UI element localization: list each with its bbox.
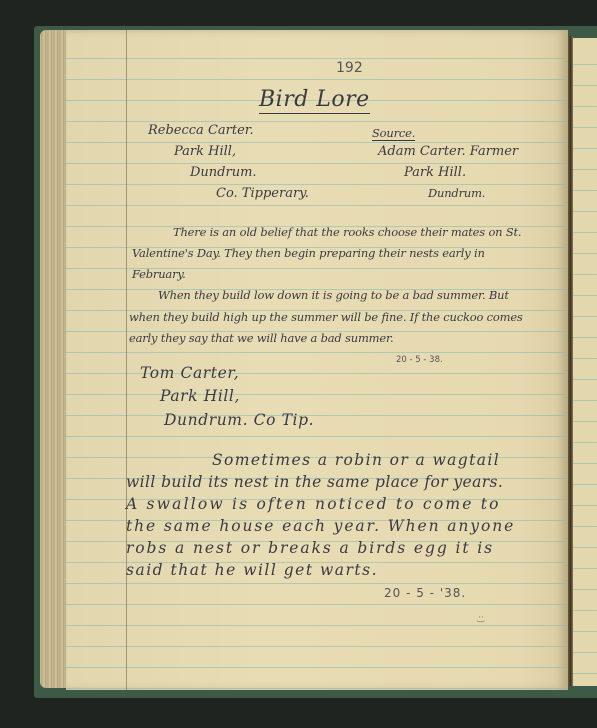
body-line: when they build high up the summer will … — [129, 307, 523, 328]
body-line: Valentine's Day. They then begin prepari… — [132, 243, 485, 264]
pencil-mark: ·͜· — [478, 608, 484, 629]
body-line: robs a nest or breaks a birds egg it is — [126, 538, 494, 559]
entry2-date: 20 - 5 - '38. — [384, 583, 466, 604]
body-line: February. — [132, 264, 186, 285]
body-line: early they say that we will have a bad s… — [129, 328, 393, 349]
source-address-line: Park Hill. — [404, 162, 466, 183]
author-address-line: Co. Tipperary. — [216, 183, 309, 204]
ruled-lines — [66, 30, 568, 690]
notebook-page: 192 Bird Lore Rebecca Carter. Park Hill,… — [66, 30, 568, 690]
body-line: will build its nest in the same place fo… — [126, 472, 503, 493]
body-line: Sometimes a robin or a wagtail — [212, 450, 500, 471]
source-name: Adam Carter. Farmer — [378, 141, 518, 162]
body-line: the same house each year. When anyone — [126, 516, 515, 537]
margin-line — [126, 30, 127, 690]
author-name: Tom Carter, — [140, 363, 239, 384]
facing-page — [573, 38, 597, 686]
author-address-line: Park Hill, — [174, 141, 236, 162]
body-line: A swallow is often noticed to come to — [126, 494, 501, 515]
body-line: said that he will get warts. — [126, 560, 378, 581]
author-address-line: Park Hill, — [160, 386, 240, 407]
source-label: Source. — [372, 126, 415, 141]
body-line: When they build low down it is going to … — [158, 285, 509, 306]
body-line: There is an old belief that the rooks ch… — [173, 222, 521, 243]
ruled-lines — [573, 38, 597, 686]
author-address-line: Dundrum. Co Tip. — [164, 410, 314, 431]
page-title: Bird Lore — [259, 88, 370, 114]
source-address-line: Dundrum. — [428, 183, 485, 204]
page-number: 192 — [336, 58, 363, 79]
author-address-line: Dundrum. — [190, 162, 257, 183]
entry1-date: 20 - 5 - 38. — [396, 350, 443, 371]
author-name: Rebecca Carter. — [148, 120, 254, 141]
